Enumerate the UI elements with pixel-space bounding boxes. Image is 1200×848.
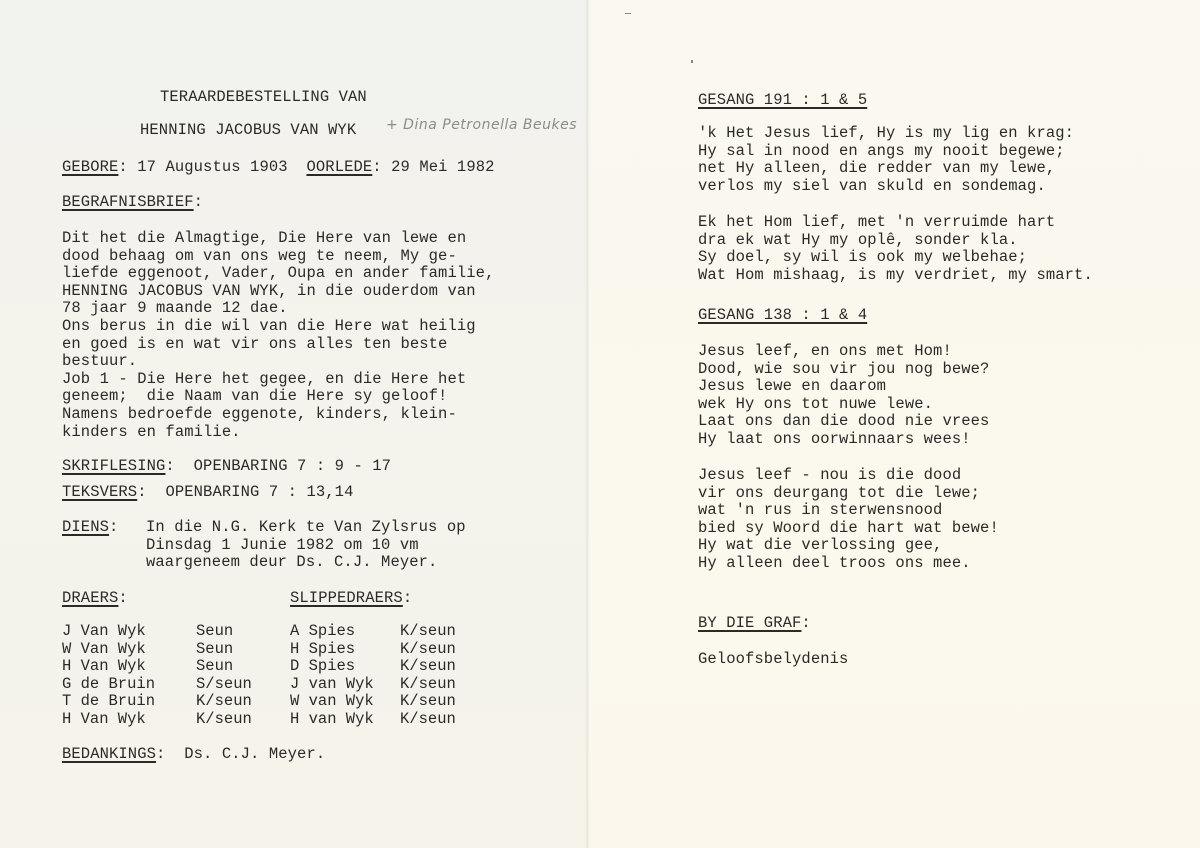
hymn-line: Hy laat ons oorwinnaars wees! [698,431,989,449]
page-fold [585,0,590,848]
letter-line: en goed is en wat vir ons alles ten best… [62,336,494,354]
pall-bearers-heading: SLIPPEDRAERS: [290,590,412,608]
reading-value: OPENBARING 7 : 9 - 17 [194,457,391,475]
hymn2-verse2: Jesus leef - nou is die dood vir ons deu… [698,467,999,573]
bearer-name: H Van Wyk [62,711,146,729]
bearer-relation: K/seun [196,693,252,711]
hymn-line: Jesus leef, en ons met Hom! [698,343,989,361]
stray-mark [625,13,631,14]
hymn-line: Wat Hom mishaag, is my verdriet, my smar… [698,267,1093,285]
hymn-line: Jesus lewe en daarom [698,378,989,396]
letter-line: HENNING JACOBUS VAN WYK, in die ouderdom… [62,283,494,301]
pall-bearer-name: H Spies [290,641,355,659]
born-sep: : [118,158,127,176]
bearer-relation: Seun [196,623,233,641]
hymn-line: 'k Het Jesus lief, Hy is my lig en krag: [698,125,1074,143]
letter-line: Ons berus in die wil van die Here wat he… [62,318,494,336]
died-label: OORLEDE [306,158,372,176]
service-details: In die N.G. Kerk te Van Zylsrus op Dinsd… [146,519,466,572]
born-label: GEBORE [62,158,118,176]
hymn-line: Sy doel, sy wil is ook my welbehae; [698,249,1093,267]
thanks-value: Ds. C.J. Meyer. [184,745,325,763]
dates-line: GEBORE: 17 Augustus 1903 OORLEDE: 29 Mei… [62,159,495,177]
letter-body: Dit het die Almagtige, Die Here van lewe… [62,230,494,441]
pall-bearer-relation: K/seun [400,693,456,711]
bearers-heading: DRAERS: [62,590,128,608]
text-verse-label: TEKSVERS [62,483,137,501]
scripture-reading: SKRIFLESING: OPENBARING 7 : 9 - 17 [62,458,391,476]
bearers-label: DRAERS [62,589,118,607]
hymn2-heading: GESANG 138 : 1 & 4 [698,307,867,325]
grave-heading: BY DIE GRAF: [698,615,811,633]
pall-bearer-relation: K/seun [400,676,456,694]
hymn-line: net Hy alleen, die redder van my lewe, [698,160,1074,178]
service-label-text: DIENS [62,518,109,536]
hymn-line: verlos my siel van skuld en sondemag. [698,178,1074,196]
hymn2-verse1: Jesus leef, en ons met Hom! Dood, wie so… [698,343,989,449]
hymn1-verse1: 'k Het Jesus lief, Hy is my lig en krag:… [698,125,1074,195]
bearer-name: H Van Wyk [62,658,146,676]
hymn-line: Hy sal in nood en angs my nooit begewe; [698,143,1074,161]
service-line: In die N.G. Kerk te Van Zylsrus op [146,519,466,537]
hymn-line: Ek het Hom lief, met 'n verruimde hart [698,214,1093,232]
handwritten-note: + Dina Petronella Beukes [386,117,577,133]
letter-heading: BEGRAFNISBRIEF: [62,194,203,212]
hymn-line: Hy alleen deel troos ons mee. [698,555,999,573]
letter-line: Namens bedroefde eggenote, kinders, klei… [62,406,494,424]
reading-label: SKRIFLESING [62,457,165,475]
letter-line: geneem; die Naam van die Here sy geloof! [62,388,494,406]
service-line: waargeneem deur Ds. C.J. Meyer. [146,554,466,572]
pall-bearer-relation: K/seun [400,711,456,729]
thanks-label: BEDANKINGS [62,745,156,763]
letter-line: Job 1 - Die Here het gegee, en die Here … [62,371,494,389]
service-line: Dinsdag 1 Junie 1982 om 10 vm [146,537,466,555]
hymn1-heading: GESANG 191 : 1 & 5 [698,92,867,110]
grave-heading-sep: : [801,614,810,632]
letter-line: dood behaag om van ons weg te neem, My g… [62,248,494,266]
grave-heading-label: BY DIE GRAF [698,614,801,632]
text-verse-value: OPENBARING 7 : 13,14 [165,483,353,501]
bearers-table: J Van WykSeunA SpiesK/seunW Van WykSeunH… [62,623,482,733]
bearer-name: G de Bruin [62,676,155,694]
hymn-line: dra ek wat Hy my oplê, sonder kla. [698,232,1093,250]
pall-bearer-name: W van Wyk [290,693,374,711]
stray-mark [691,60,693,63]
service-label: DIENS: [62,519,118,537]
hymn-line: vir ons deurgang tot die lewe; [698,485,999,503]
letter-line: Dit het die Almagtige, Die Here van lewe… [62,230,494,248]
born-date: 17 Augustus 1903 [137,158,287,176]
hymn-line: Dood, wie sou vir jou nog bewe? [698,361,989,379]
pall-bearer-relation: K/seun [400,641,456,659]
grave-item: Geloofsbelydenis [698,651,848,669]
letter-line: kinders en familie. [62,424,494,442]
bearer-relation: S/seun [196,676,252,694]
pall-bearers-label: SLIPPEDRAERS [290,589,403,607]
pall-bearer-name: D Spies [290,658,355,676]
hymn-line: Hy wat die verlossing gee, [698,537,999,555]
hymn1-verse2: Ek het Hom lief, met 'n verruimde hart d… [698,214,1093,284]
hymn-line: Laat ons dan die dood nie vrees [698,413,989,431]
bearer-relation: K/seun [196,711,252,729]
pall-bearer-name: A Spies [290,623,355,641]
hymn-line: wek Hy ons tot nuwe lewe. [698,396,989,414]
bearer-name: J Van Wyk [62,623,146,641]
hymn-line: wat 'n rus in sterwensnood [698,502,999,520]
bearer-relation: Seun [196,641,233,659]
letter-line: liefde eggenoot, Vader, Oupa en ander fa… [62,265,494,283]
pall-bearer-relation: K/seun [400,623,456,641]
pall-bearer-relation: K/seun [400,658,456,676]
died-sep: : [372,158,381,176]
hymn-line: Jesus leef - nou is die dood [698,467,999,485]
document-title: TERAARDEBESTELLING VAN [160,89,367,107]
letter-line: 78 jaar 9 maande 12 dae. [62,300,494,318]
letter-heading-sep: : [194,193,203,211]
pall-bearer-name: H van Wyk [290,711,374,729]
letter-line: bestuur. [62,353,494,371]
pall-bearer-name: J van Wyk [290,676,374,694]
died-date: 29 Mei 1982 [391,158,494,176]
bearer-name: T de Bruin [62,693,155,711]
hymn-line: bied sy Woord die hart wat bewe! [698,520,999,538]
text-verse: TEKSVERS: OPENBARING 7 : 13,14 [62,484,353,502]
letter-heading-label: BEGRAFNISBRIEF [62,193,194,211]
bearer-relation: Seun [196,658,233,676]
deceased-name: HENNING JACOBUS VAN WYK [140,122,356,140]
thanks-line: BEDANKINGS: Ds. C.J. Meyer. [62,746,325,764]
bearer-name: W Van Wyk [62,641,146,659]
